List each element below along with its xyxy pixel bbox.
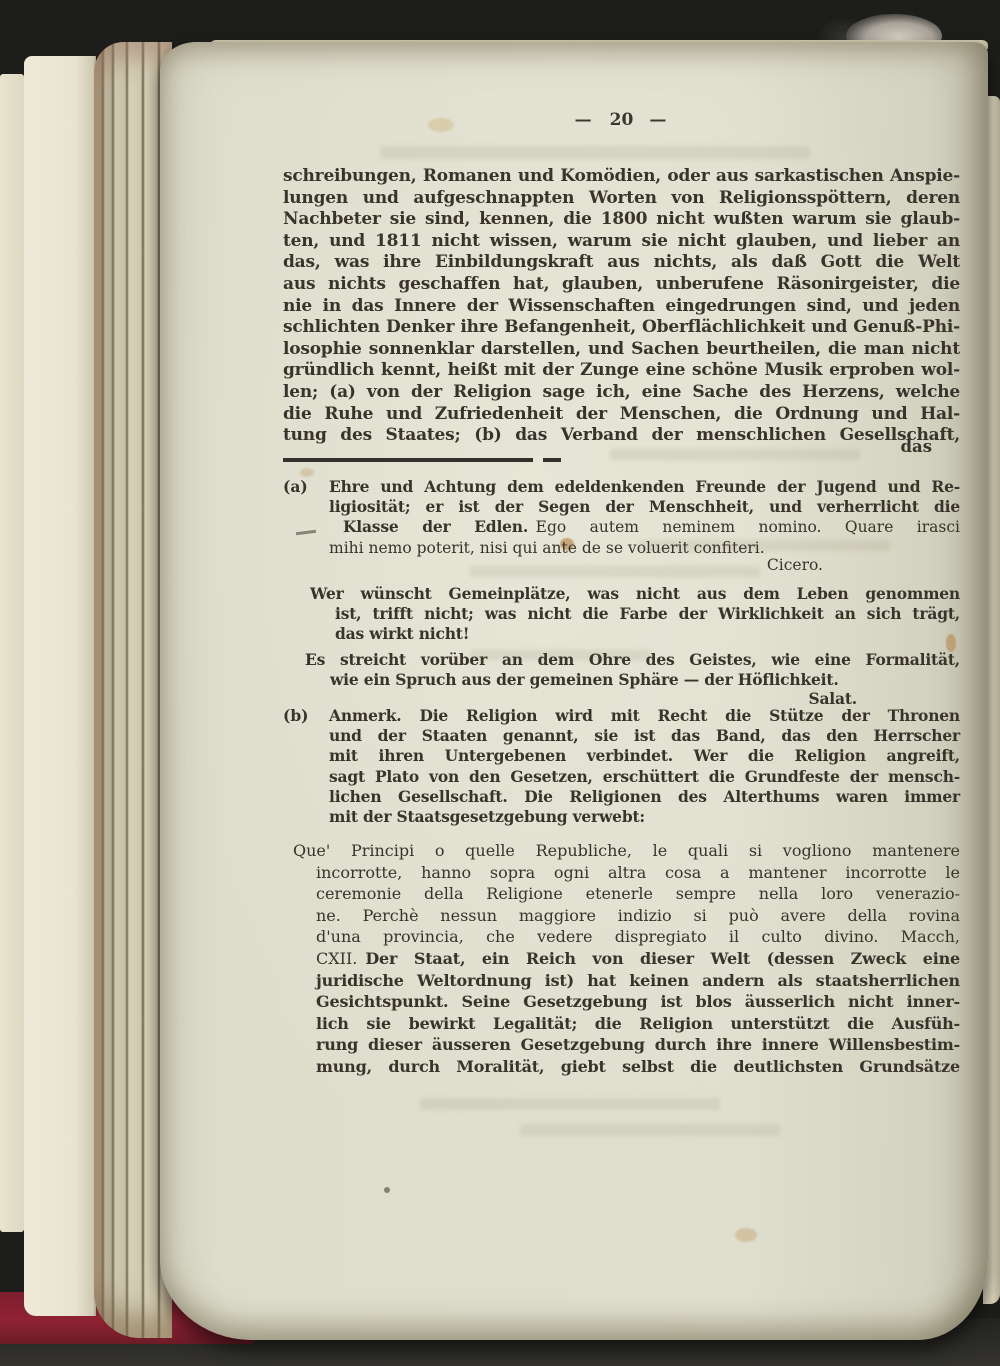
text-line: rung dieser äusseren Gesetzgebung durch … bbox=[283, 1034, 960, 1056]
cicero-attribution: Cicero. bbox=[283, 556, 960, 574]
footnote-a-marker: (a) bbox=[283, 477, 308, 497]
text-line: schreibungen, Romanen und Komödien, oder… bbox=[283, 166, 960, 188]
text-line: Nachbeter sie sind, kennen, die 1800 nic… bbox=[283, 209, 960, 231]
text-line: ligiosität; er ist der Segen der Menschh… bbox=[283, 497, 960, 517]
text-line: das, was ihre Einbildungskraft aus nicht… bbox=[283, 252, 960, 274]
text-line: lichen Gesellschaft. Die Religionen des … bbox=[283, 787, 960, 807]
text-line: incorrotte, hanno sopra ogni altra cosa … bbox=[283, 862, 960, 884]
text-line: sagt Plato von den Gesetzen, erschüttert… bbox=[283, 767, 960, 787]
poem-quote: Wer wünscht Gemeinplätze, was nicht aus … bbox=[283, 584, 960, 690]
page-number-value: 20 bbox=[610, 110, 634, 130]
text-line: aus nichts geschaffen hat, glauben, unbe… bbox=[283, 274, 960, 296]
text-line: mit ihren Untergebenen verbindet. Wer di… bbox=[283, 746, 960, 766]
text-line: losophie sonnenklar darstellen, und Sach… bbox=[283, 339, 960, 361]
text-line: mung, durch Moralität, giebt selbst die … bbox=[283, 1056, 960, 1078]
text-line: ne. Perchè nessun maggiore indizio si pu… bbox=[283, 905, 960, 927]
left-page-sliver bbox=[0, 74, 24, 1232]
text-line: Que' Principi o quelle Republiche, le qu… bbox=[283, 840, 960, 862]
text-line: das wirkt nicht! bbox=[283, 624, 960, 644]
text-line: juridische Weltordnung ist) hat keinen a… bbox=[283, 970, 960, 992]
text-line: Wer wünscht Gemeinplätze, was nicht aus … bbox=[283, 584, 960, 604]
text-line: Gesichtspunkt. Seine Gesetzgebung ist bl… bbox=[283, 991, 960, 1013]
text-line: nie in das Innere der Wissenschaften ein… bbox=[283, 296, 960, 318]
text-line: CXII. Der Staat, ein Reich von dieser We… bbox=[283, 948, 960, 970]
text-line: mihi nemo poterit, nisi qui ante de se v… bbox=[283, 538, 960, 558]
text-line: Klasse der Edlen. Ego autem neminem nomi… bbox=[283, 517, 960, 537]
text-line: Ehre und Achtung dem edeldenkenden Freun… bbox=[283, 477, 960, 497]
text-line: lich sie bewirkt Legalität; die Religion… bbox=[283, 1013, 960, 1035]
text-line: wie ein Spruch aus der gemeinen Sphäre —… bbox=[283, 670, 960, 690]
text-line: Anmerk. Die Religion wird mit Recht die … bbox=[283, 706, 960, 726]
text-line: Es streicht vorüber an dem Ohre des Geis… bbox=[283, 650, 960, 670]
footnote-a: (a) Ehre und Achtung dem edeldenkenden F… bbox=[283, 477, 960, 558]
page-number-dash-left: — bbox=[575, 110, 594, 130]
text-line: mit der Staatsgesetzgebung verwebt: bbox=[283, 807, 960, 827]
closing-passage: Que' Principi o quelle Republiche, le qu… bbox=[283, 840, 960, 1078]
text-segment: Ego autem neminem nomino. Quare irasci bbox=[536, 518, 960, 536]
page-number-dash-right: — bbox=[649, 110, 668, 130]
text-segment: Klasse der Edlen. bbox=[343, 517, 536, 536]
footnote-separator bbox=[283, 458, 561, 462]
footnote-b-marker: (b) bbox=[283, 706, 309, 726]
text-line: und der Staaten genannt, sie ist das Ban… bbox=[283, 726, 960, 746]
text-line: die Ruhe und Zufriedenheit der Menschen,… bbox=[283, 404, 960, 426]
text-line: schlichten Denker ihre Befangenheit, Obe… bbox=[283, 317, 960, 339]
text-segment: CXII. bbox=[316, 949, 365, 968]
text-segment: Der Staat, ein Reich von dieser Welt (de… bbox=[365, 949, 960, 968]
footnote-b: (b) Anmerk. Die Religion wird mit Recht … bbox=[283, 706, 960, 827]
text-line: ceremonie della Religione etenerle sempr… bbox=[283, 883, 960, 905]
text-line: ten, und 1811 nicht wissen, warum sie ni… bbox=[283, 231, 960, 253]
text-line: ist, trifft nicht; was nicht die Farbe d… bbox=[283, 604, 960, 624]
text-line: d'una provincia, che vedere dispregiato … bbox=[283, 926, 960, 948]
text-line: gründlich kennt, heißt mit der Zunge ein… bbox=[283, 360, 960, 382]
text-line: len; (a) von der Religion sage ich, eine… bbox=[283, 382, 960, 404]
main-paragraph: schreibungen, Romanen und Komödien, oder… bbox=[283, 166, 960, 447]
catchword: das bbox=[283, 437, 960, 456]
text-line: lungen und aufgeschnappten Worten von Re… bbox=[283, 188, 960, 210]
page-number: —20— bbox=[283, 110, 960, 130]
flyleaf-page bbox=[24, 56, 96, 1316]
book-scan: —20— schreibungen, Romanen und Komödien,… bbox=[0, 0, 1000, 1366]
page-text-column: —20— schreibungen, Romanen und Komödien,… bbox=[283, 0, 960, 1366]
